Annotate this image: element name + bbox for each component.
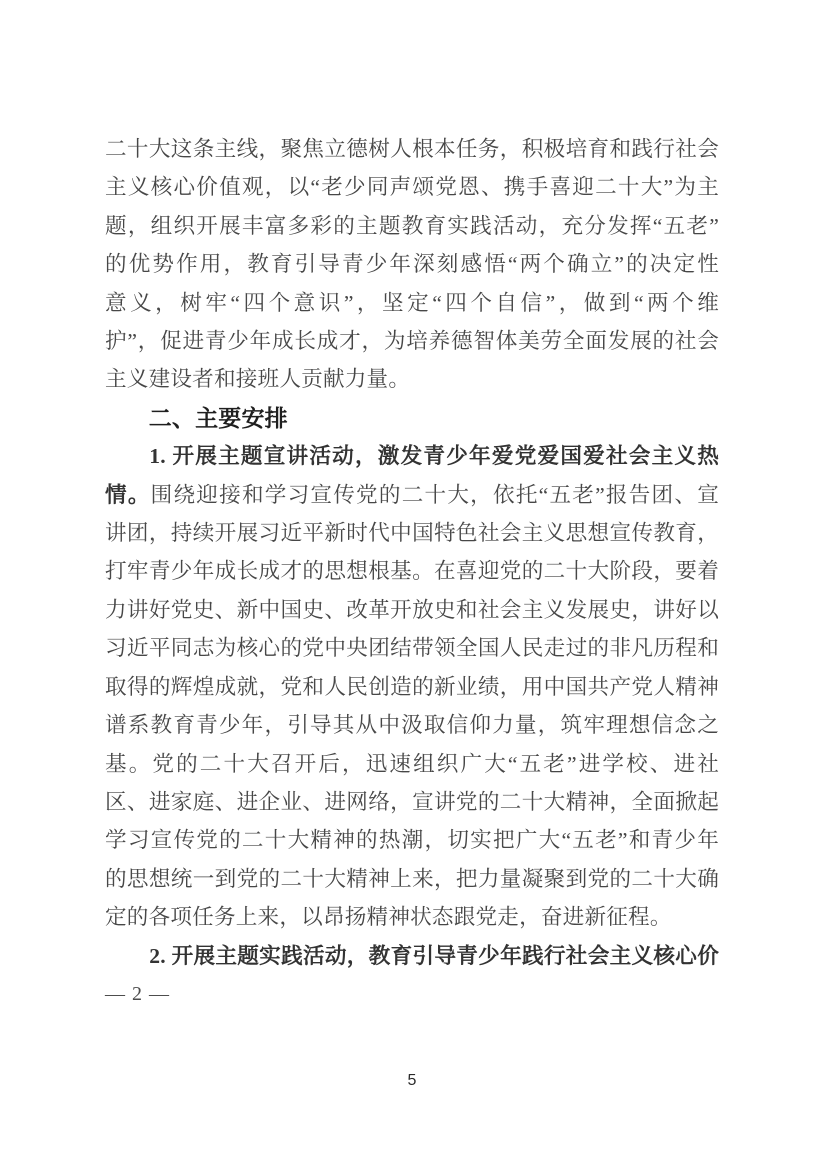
- body-line: 谱系教育青少年，引导其从中汲取信仰力量，筑牢理想信念之: [105, 706, 719, 744]
- body-line: 二十大这条主线，聚焦立德树人根本任务，积极培育和践行社会: [105, 130, 719, 168]
- document-text-block: 二十大这条主线，聚焦立德树人根本任务，积极培育和践行社会 主义核心价值观，以“老…: [105, 130, 719, 975]
- body-line: 的思想统一到党的二十大精神上来，把力量凝聚到党的二十大确: [105, 860, 719, 898]
- body-line: 意义，树牢“四个意识”，坚定“四个自信”，做到“两个维: [105, 284, 719, 322]
- item-1-lead-continuation: 情。: [105, 483, 151, 507]
- body-line: 力讲好党史、新中国史、改革开放史和社会主义发展史，讲好以: [105, 591, 719, 629]
- section-heading: 二、主要安排: [105, 399, 719, 437]
- item-1-lead-line: 1. 开展主题宣讲活动，激发青少年爱党爱国爱社会主义热: [105, 437, 719, 475]
- body-line: 的优势作用，教育引导青少年深刻感悟“两个确立”的决定性: [105, 245, 719, 283]
- body-line: 题，组织开展丰富多彩的主题教育实践活动，充分发挥“五老”: [105, 207, 719, 245]
- body-line: 取得的辉煌成就，党和人民创造的新业绩，用中国共产党人精神: [105, 668, 719, 706]
- body-line: 主义核心价值观，以“老少同声颂党恩、携手喜迎二十大”为主: [105, 168, 719, 206]
- viewer-page-number: 5: [0, 1072, 824, 1090]
- body-line: 情。围绕迎接和学习宣传党的二十大，依托“五老”报告团、宣: [105, 476, 719, 514]
- body-line: 区、进家庭、进企业、进网络，宣讲党的二十大精神，全面掀起: [105, 783, 719, 821]
- body-line: 定的各项任务上来，以昂扬精神状态跟党走，奋进新征程。: [105, 898, 719, 936]
- body-text: 围绕迎接和学习宣传党的二十大，依托“五老”报告团、宣: [151, 483, 719, 507]
- body-line: 习近平同志为核心的党中央团结带领全国人民走过的非凡历程和: [105, 629, 719, 667]
- document-page: 二十大这条主线，聚焦立德树人根本任务，积极培育和践行社会 主义核心价值观，以“老…: [0, 0, 824, 1166]
- page-footer-number: — 2 —: [105, 975, 170, 1013]
- body-line: 护”，促进青少年成长成才，为培养德智体美劳全面发展的社会: [105, 322, 719, 360]
- body-line: 学习宣传党的二十大精神的热潮，切实把广大“五老”和青少年: [105, 821, 719, 859]
- body-line: 打牢青少年成长成才的思想根基。在喜迎党的二十大阶段，要着: [105, 552, 719, 590]
- item-2-lead-line: 2. 开展主题实践活动，教育引导青少年践行社会主义核心价: [105, 937, 719, 975]
- body-line: 主义建设者和接班人贡献力量。: [105, 360, 719, 398]
- body-line: 基。党的二十大召开后，迅速组织广大“五老”进学校、进社: [105, 745, 719, 783]
- body-line: 讲团，持续开展习近平新时代中国特色社会主义思想宣传教育，: [105, 514, 719, 552]
